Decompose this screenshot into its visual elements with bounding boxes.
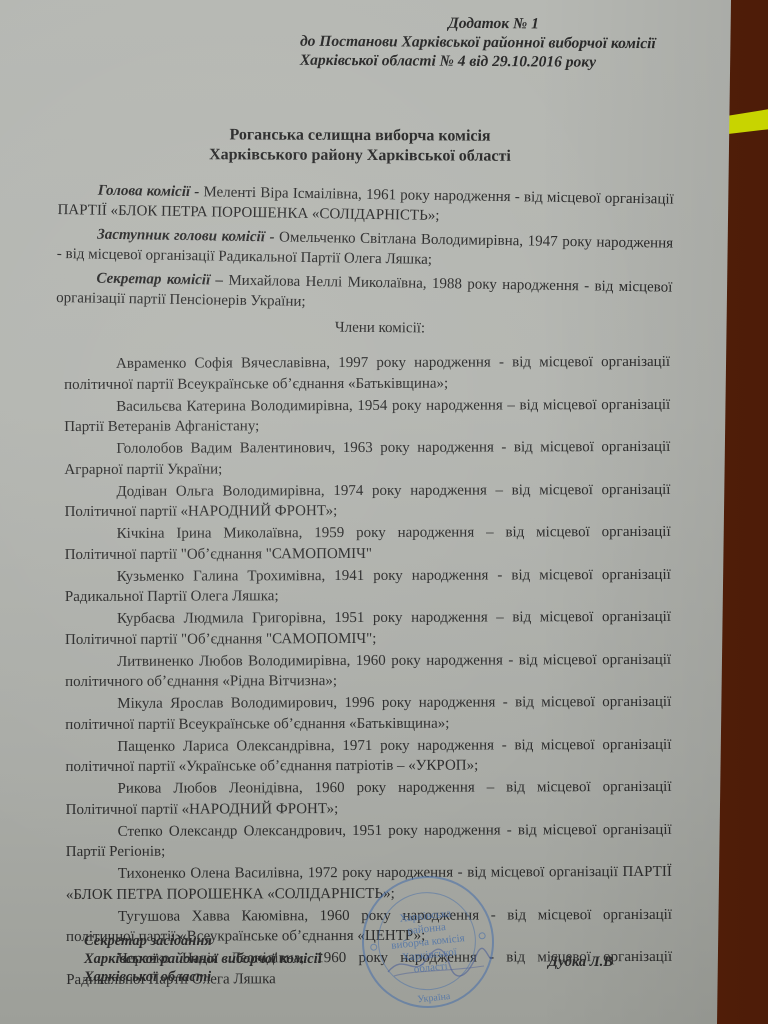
document-title: Роганська селищна виборча комісія Харків… [170,125,550,167]
member-item: Додіван Ольга Володимирівна, 1974 року н… [64,479,670,522]
officer-deputy: Заступник голови комісії - Омельченко Св… [57,224,674,274]
officer-chair: Голова комісії - Меленті Віра Ісмаілівна… [57,180,674,230]
signer-name: Дудка Л.В [548,954,613,971]
member-item: Васильєва Катерина Володимирівна, 1954 р… [64,394,670,437]
member-item: Тихоненко Олена Василівна, 1972 року нар… [66,862,672,905]
officers-section: Голова комісії - Меленті Віра Ісмаілівна… [56,180,674,322]
member-item: Кузьменко Галина Трохимівна, 1941 року н… [65,564,671,607]
member-item: Гололобов Вадим Валентинович, 1963 року … [64,437,670,480]
member-item: Кічкіна Ірина Миколаївна, 1959 року наро… [65,522,671,565]
member-item: Рикова Любов Леонідівна, 1960 року народ… [65,777,671,820]
document-page: Додаток № 1 до Постанови Харківської рай… [0,0,768,1024]
title-line-2: Харківського району Харківської області [170,145,550,167]
member-item: Пащенко Лариса Олександрівна, 1971 року … [65,734,671,777]
signature-line-1: Секретар засідання [84,932,322,950]
members-heading: Члени комісії: [290,319,470,338]
appendix-line-1: до Постанови Харківської районної виборч… [300,32,670,54]
appendix-title: Додаток № 1 [300,13,670,35]
member-item: Мікула Ярослав Володимирович, 1996 року … [65,692,671,735]
signature-line-2: Харківської районної виборчої комісії [84,950,322,968]
signature-block: Секретар засідання Харківської районної … [84,932,322,986]
officer-role: Голова комісії - [98,183,200,201]
members-list: Авраменко Софія Вячеславівна, 1997 року … [64,352,672,992]
stamp-bottom-text: Україна [370,986,498,1010]
officer-role: Заступник голови комісії - [97,227,275,246]
officer-secretary: Секретар комісії – Михайлова Неллі Микол… [56,268,673,318]
appendix-header: Додаток № 1 до Постанови Харківської рай… [300,13,670,73]
title-line-1: Роганська селищна виборча комісія [170,125,550,147]
member-item: Курбаєва Людмила Григорівна, 1951 року н… [65,607,671,650]
signature-line-3: Харківської області [84,968,322,986]
appendix-line-2: Харківської області № 4 від 29.10.2016 р… [300,51,670,73]
handwritten-signature [384,942,494,982]
officer-role: Секретар комісії – [96,271,223,289]
member-item: Авраменко Софія Вячеславівна, 1997 року … [64,352,670,395]
member-item: Литвиненко Любов Володимирівна, 1960 рок… [65,649,671,692]
member-item: Степко Олександр Олександрович, 1951 рок… [66,819,672,862]
